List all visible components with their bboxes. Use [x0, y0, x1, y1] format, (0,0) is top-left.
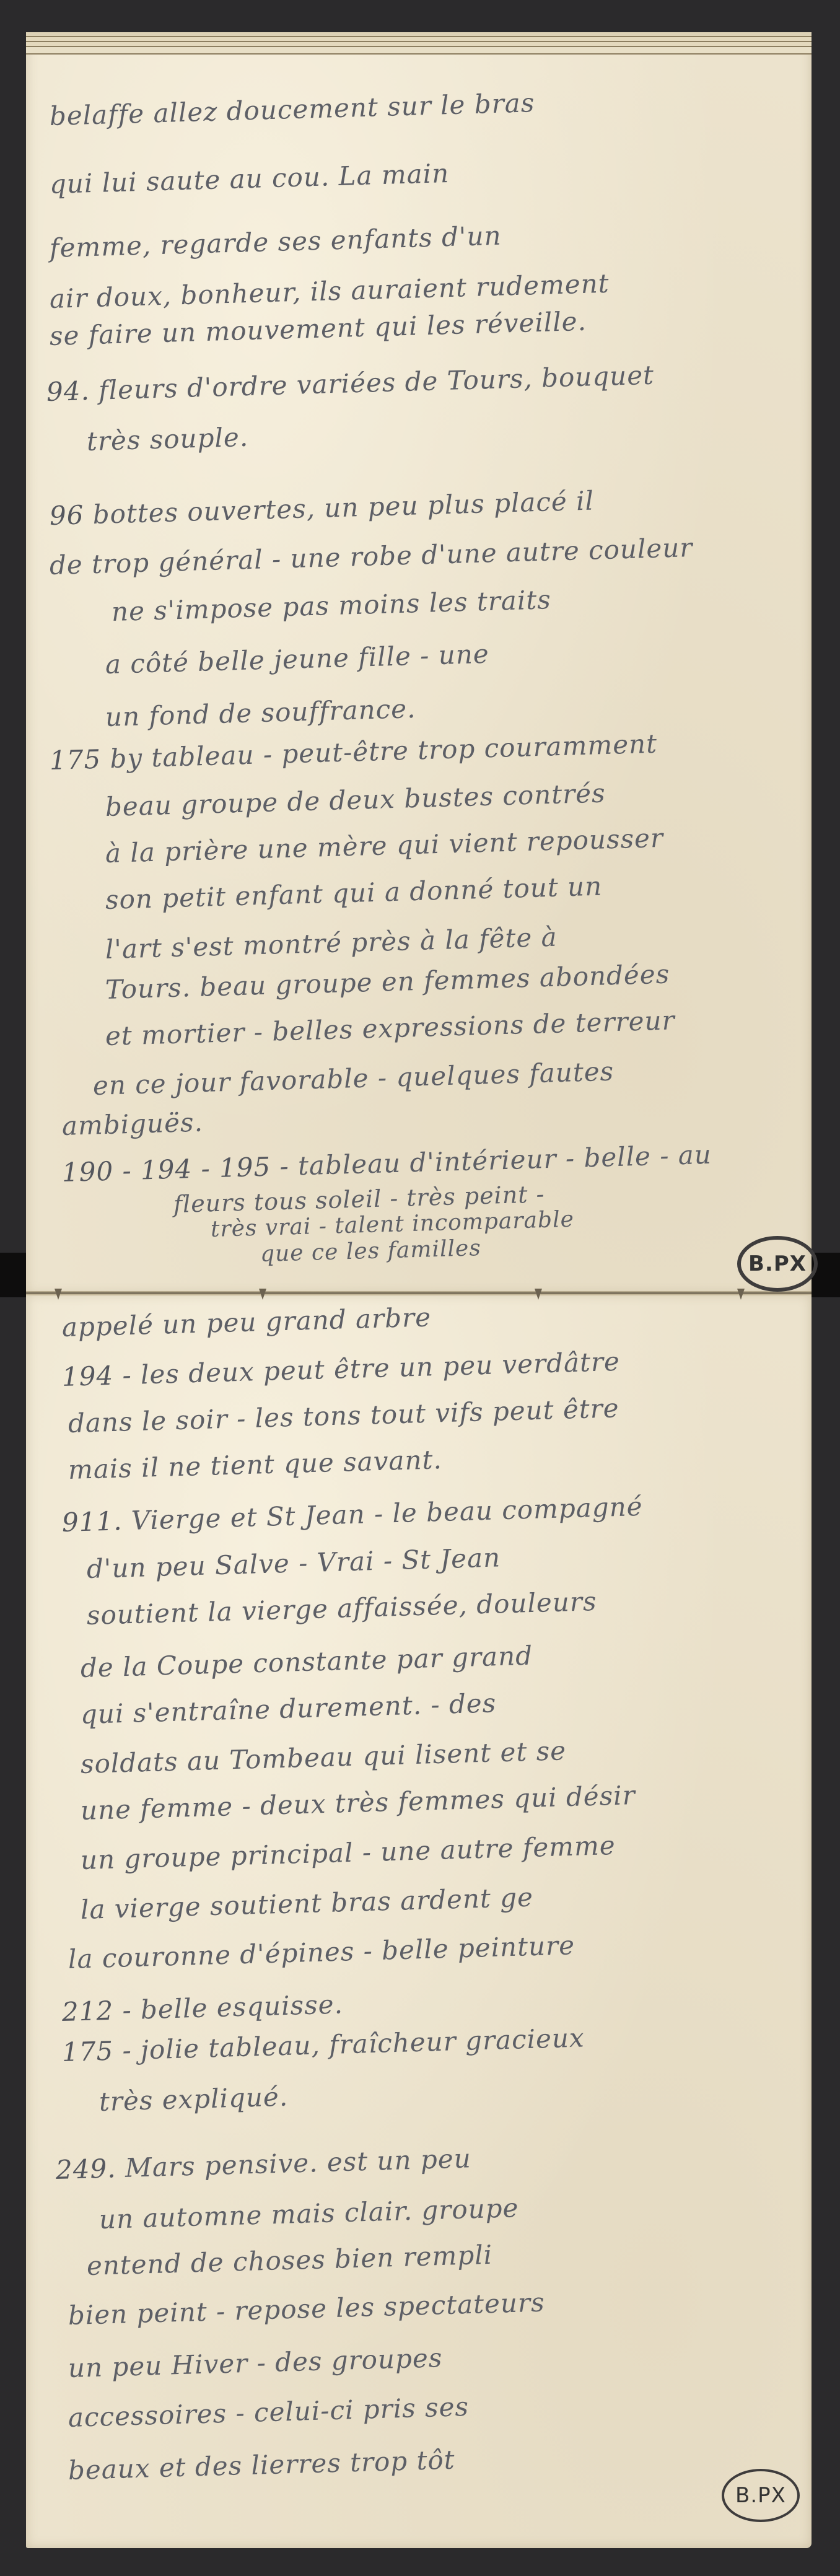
line-text: - belle esquisse. — [122, 1989, 344, 2025]
stamp-text: B.PX — [735, 2483, 786, 2508]
catalogue-number: 175 — [49, 743, 110, 776]
catalogue-number: 194 — [61, 1360, 123, 1392]
bpx-library-stamp: B.PX — [737, 1236, 818, 1292]
page-stack-edges — [26, 32, 812, 55]
line-text: ambiguës. — [61, 1107, 203, 1141]
catalogue-number: 212 — [61, 1995, 123, 2027]
catalogue-number: 94. — [46, 375, 98, 407]
catalogue-number: 175 — [61, 2035, 123, 2067]
binding-fold — [26, 1291, 812, 1296]
line-text: très souple. — [86, 422, 248, 457]
catalogue-number: 911. — [61, 1505, 131, 1538]
line-text: très expliqué. — [98, 2081, 288, 2117]
catalogue-number: 96 — [49, 499, 93, 531]
bpx-library-stamp: B.PX — [722, 2469, 800, 2522]
catalogue-number: 190 - 194 - 195 — [61, 1151, 280, 1188]
catalogue-number: 249. — [55, 2153, 125, 2185]
handwritten-line: très souple. — [86, 422, 248, 457]
handwritten-line: ambiguës. — [61, 1107, 203, 1141]
handwritten-line: très expliqué. — [98, 2081, 288, 2117]
stamp-text: B.PX — [748, 1251, 807, 1276]
